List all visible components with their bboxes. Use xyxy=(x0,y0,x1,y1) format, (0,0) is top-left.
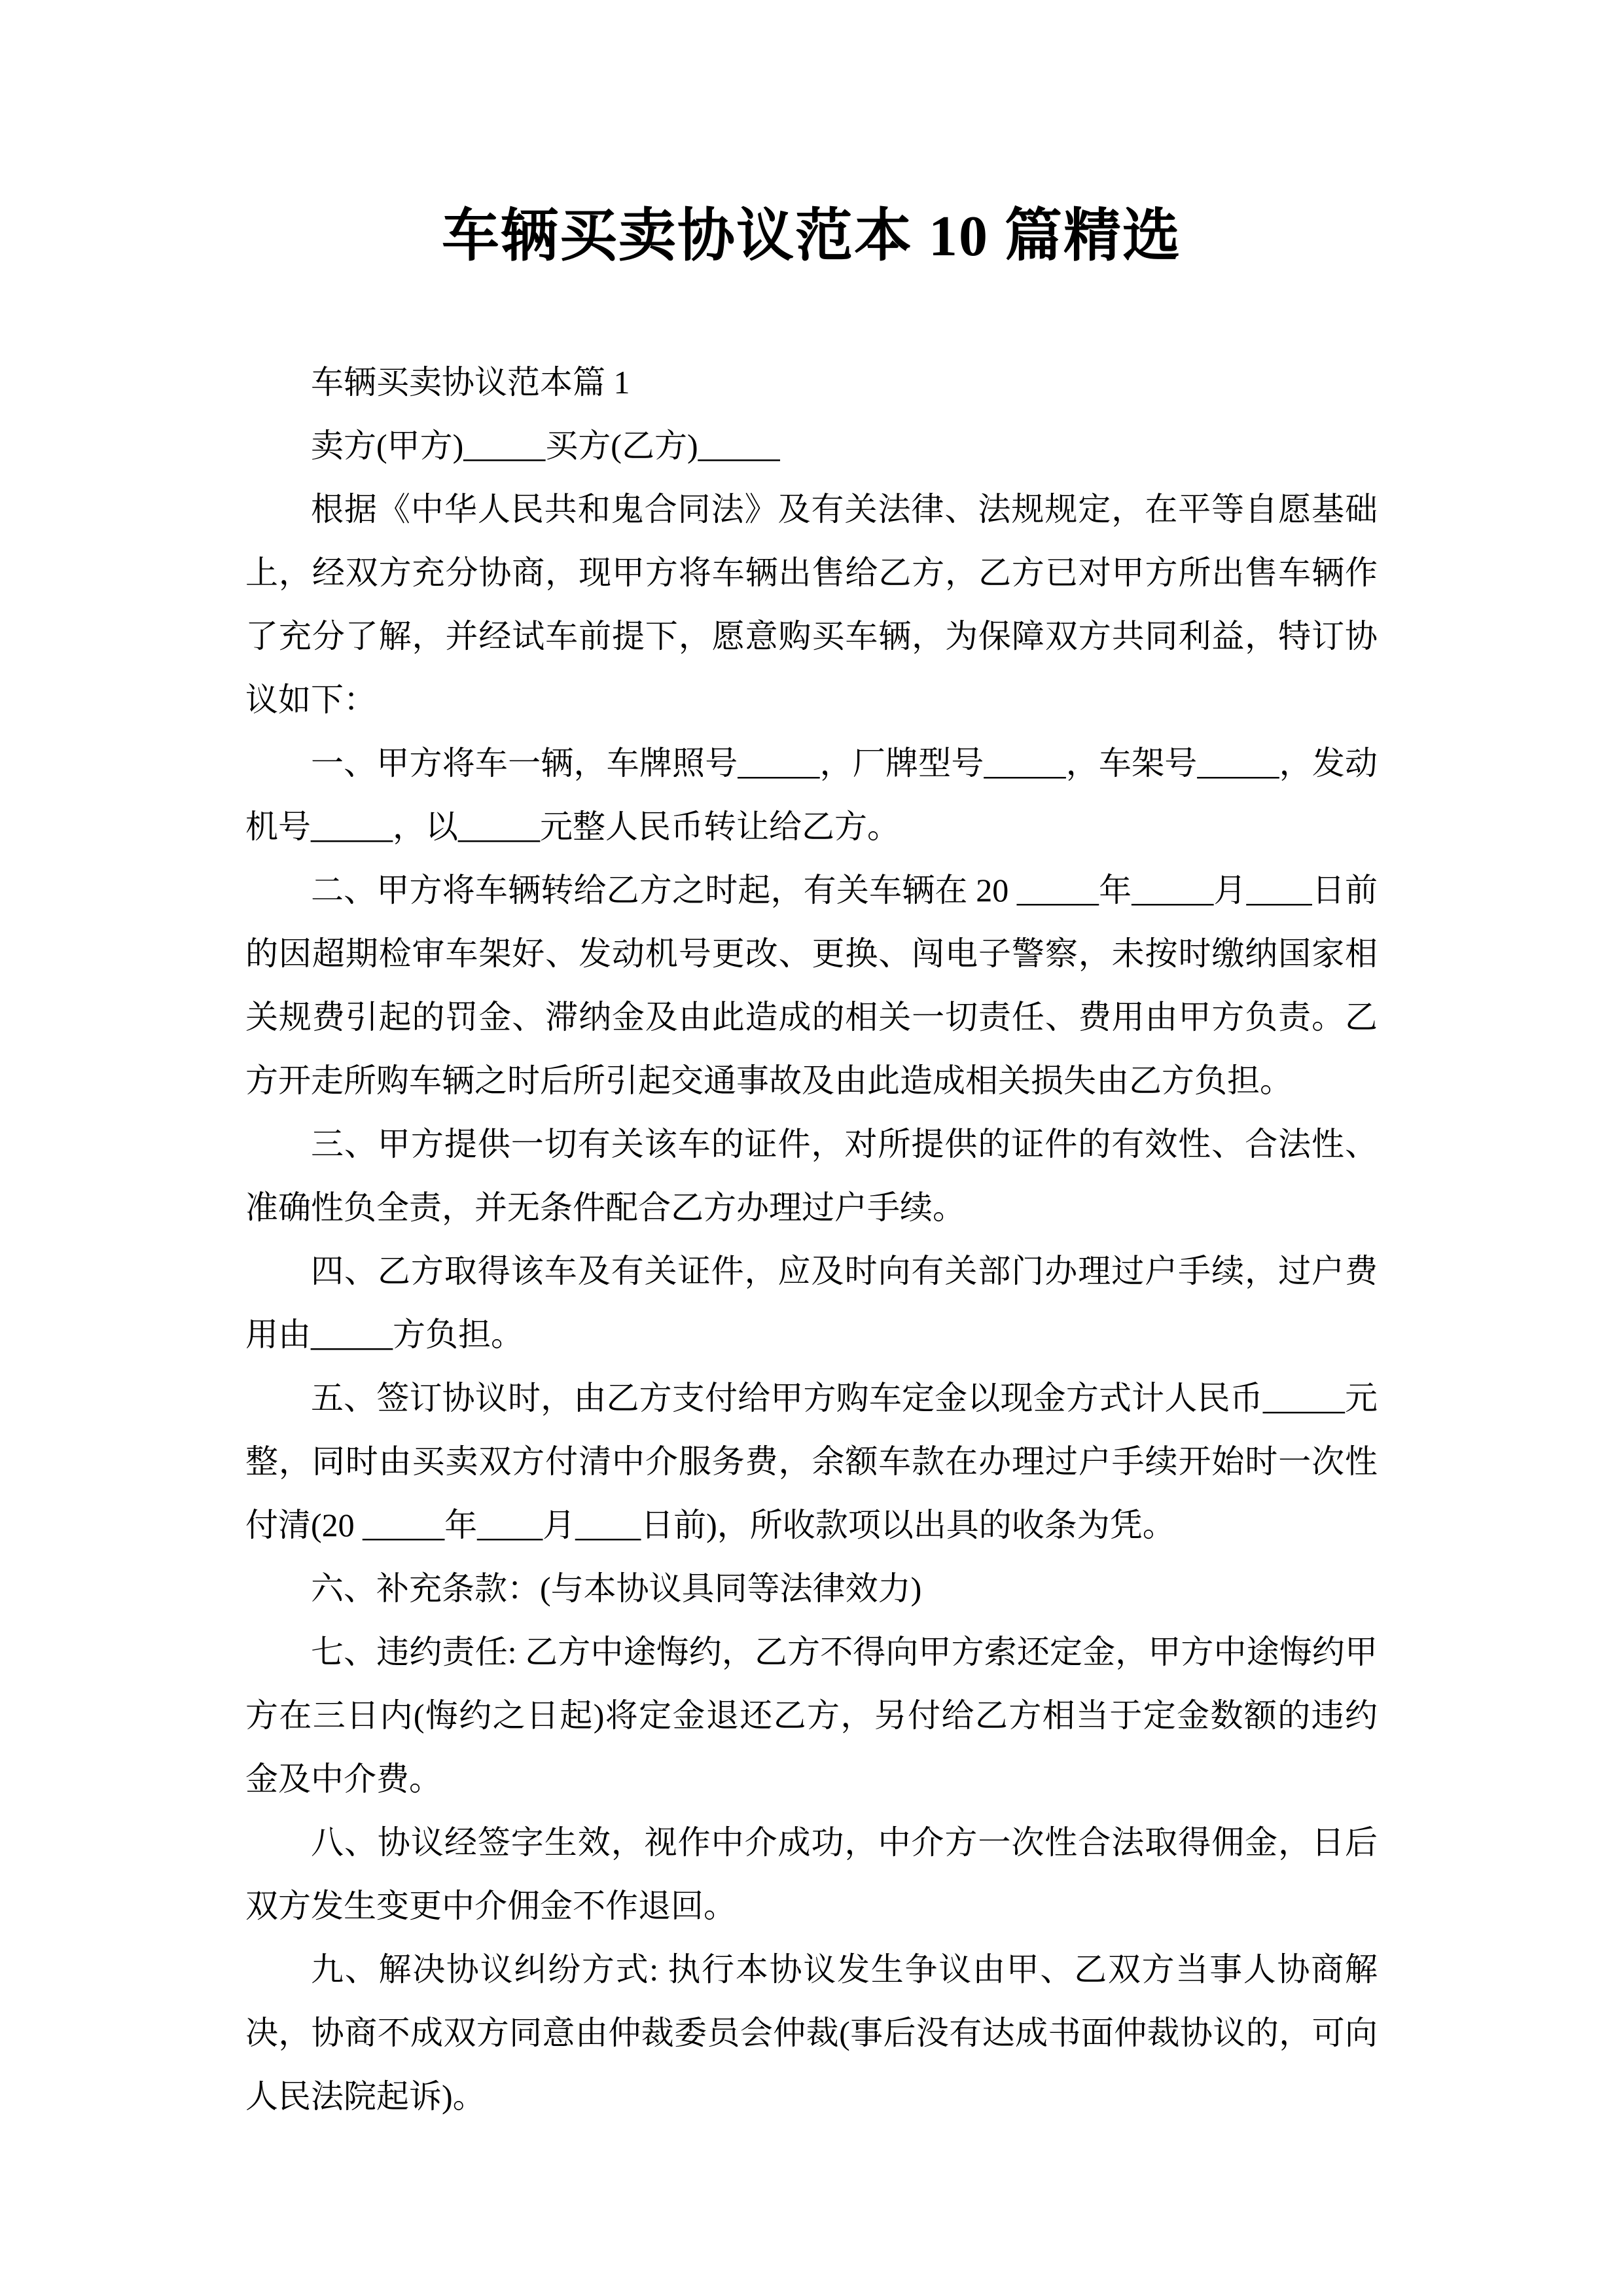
paragraph-clause-7: 七、违约责任: 乙方中途悔约，乙方不得向甲方索还定金，甲方中途悔约甲方在三日内(… xyxy=(245,1621,1378,1811)
paragraph-clause-5: 五、签订协议时，由乙方支付给甲方购车定金以现金方式计人民币_____元整，同时由… xyxy=(245,1367,1378,1557)
paragraph-clause-1: 一、甲方将车一辆，车牌照号_____，厂牌型号_____，车架号_____，发动… xyxy=(245,732,1378,859)
paragraph-clause-9: 九、解决协议纠纷方式: 执行本协议发生争议由甲、乙双方当事人协商解决，协商不成双… xyxy=(245,1938,1378,2128)
paragraph-parties: 卖方(甲方)_____买方(乙方)_____ xyxy=(245,414,1378,478)
document-page: 车辆买卖协议范本 10 篇精选 车辆买卖协议范本篇 1 卖方(甲方)_____买… xyxy=(0,0,1623,2296)
paragraph-clause-2: 二、甲方将车辆转给乙方之时起，有关车辆在 20 _____年_____月____… xyxy=(245,859,1378,1113)
document-body: 车辆买卖协议范本篇 1 卖方(甲方)_____买方(乙方)_____ 根据《中华… xyxy=(0,271,1623,2128)
paragraph-clause-8: 八、协议经签字生效，视作中介成功，中介方一次性合法取得佣金，日后双方发生变更中介… xyxy=(245,1811,1378,1938)
paragraph-clause-4: 四、乙方取得该车及有关证件，应及时向有关部门办理过户手续，过户费用由_____方… xyxy=(245,1240,1378,1367)
document-title: 车辆买卖协议范本 10 篇精选 xyxy=(0,0,1623,271)
paragraph-heading-sample-1: 车辆买卖协议范本篇 1 xyxy=(245,351,1378,414)
paragraph-clause-6: 六、补充条款：(与本协议具同等法律效力) xyxy=(245,1557,1378,1621)
paragraph-clause-3: 三、甲方提供一切有关该车的证件，对所提供的证件的有效性、合法性、准确性负全责，并… xyxy=(245,1113,1378,1240)
paragraph-preamble: 根据《中华人民共和鬼合同法》及有关法律、法规规定，在平等自愿基础上，经双方充分协… xyxy=(245,478,1378,732)
